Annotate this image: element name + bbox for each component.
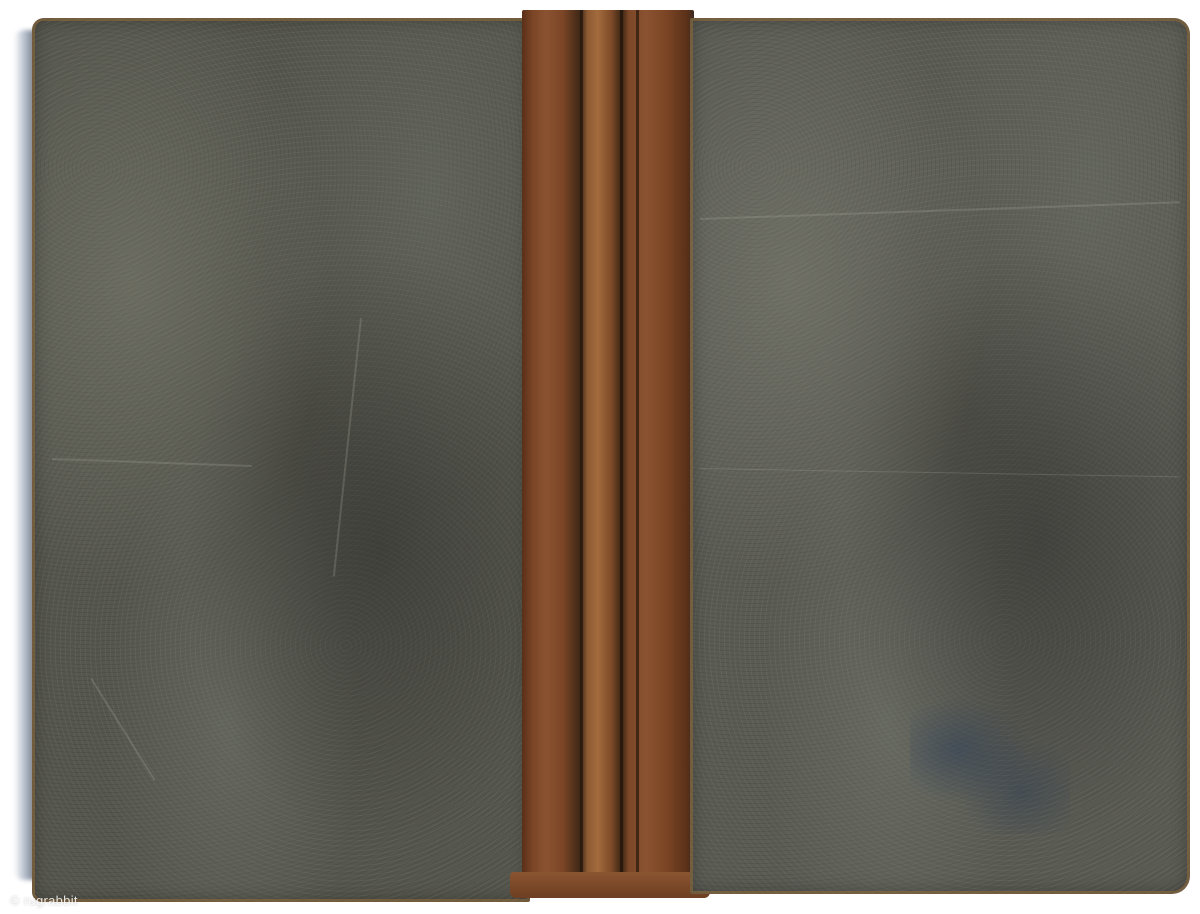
front-cover-board <box>690 18 1190 894</box>
leather-spine <box>522 10 694 896</box>
spine-tail <box>510 872 710 898</box>
crease-line <box>700 468 1180 477</box>
spine-ridge <box>636 10 639 896</box>
watermark: © rugrabbit <box>10 893 78 908</box>
spine-ridge <box>580 10 583 896</box>
photo-scene: © rugrabbit <box>0 0 1200 914</box>
crease-line <box>52 458 252 467</box>
ink-stain <box>910 694 1070 834</box>
crease-line <box>333 318 362 577</box>
back-cover-board <box>32 18 530 902</box>
crease-line <box>700 201 1180 220</box>
crease-line <box>90 678 155 781</box>
spine-ridge <box>620 10 623 896</box>
